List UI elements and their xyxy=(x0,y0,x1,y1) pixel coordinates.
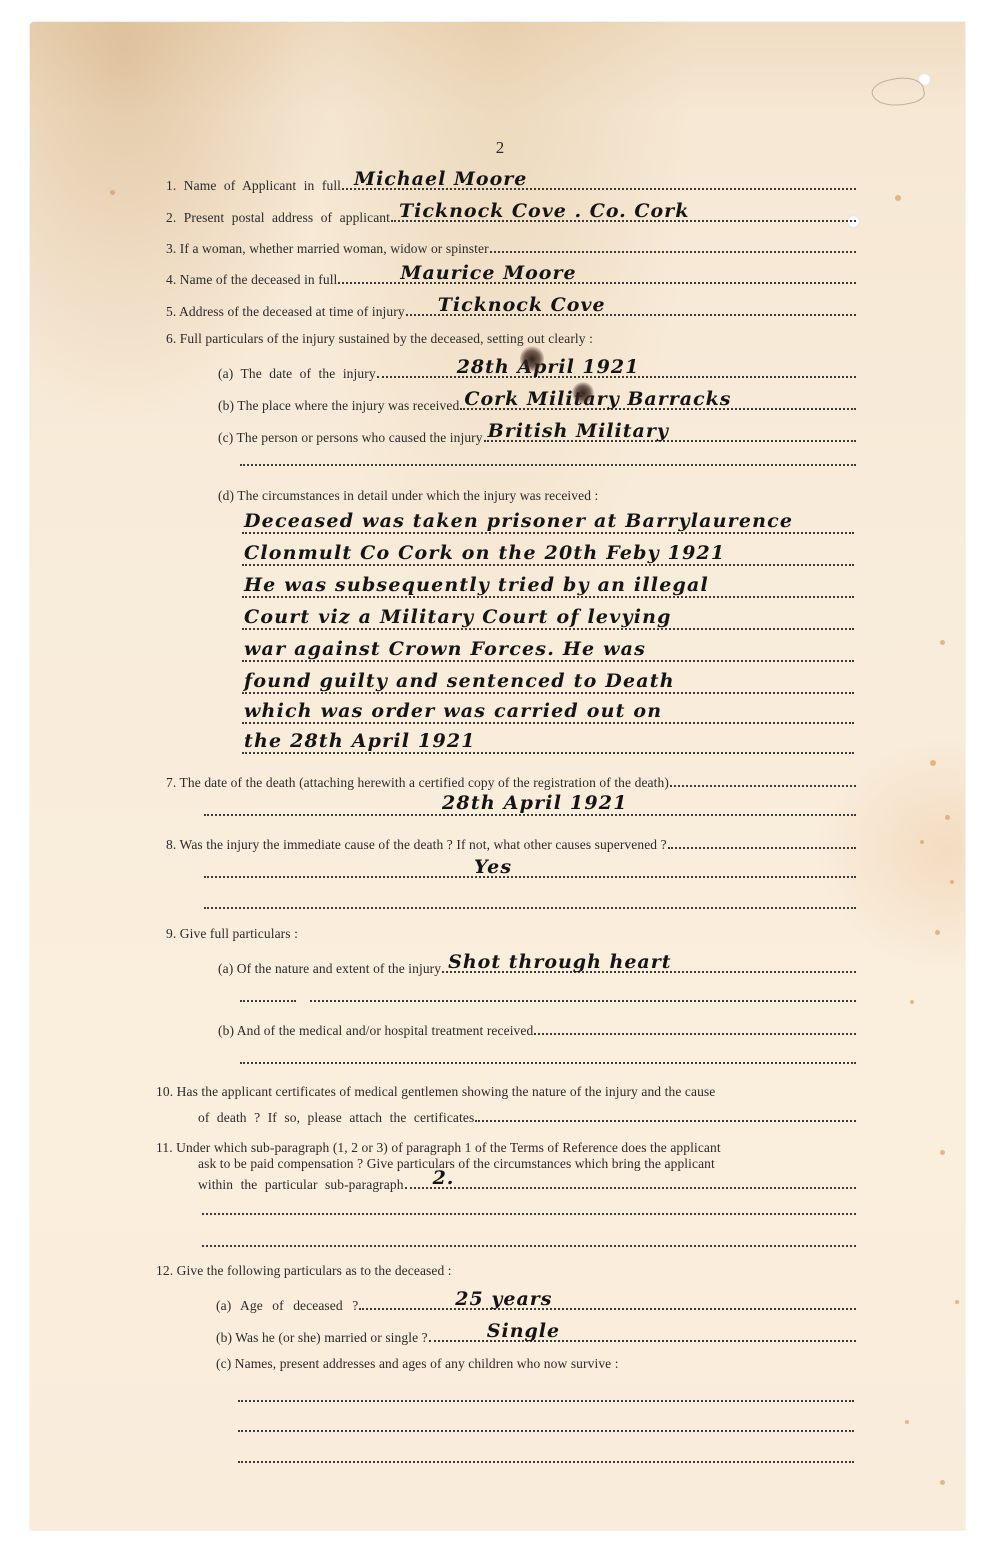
question-10-line-2: of death ? If so, please attach the cert… xyxy=(198,1106,856,1126)
deceased-marital-status-field[interactable]: Single xyxy=(429,1326,856,1342)
injury-nature-field[interactable]: Shot through heart xyxy=(442,957,856,973)
stain-spot xyxy=(905,1420,909,1424)
blank-dotted-line[interactable] xyxy=(204,905,856,909)
question-8-label: 8. Was the injury the immediate cause of… xyxy=(166,837,667,853)
blank-dotted-line xyxy=(238,1459,854,1463)
question-3: 3. If a woman, whether married woman, wi… xyxy=(166,237,856,257)
question-5-label: 5. Address of the deceased at time of in… xyxy=(166,304,405,320)
blank-dotted-line xyxy=(238,1428,854,1432)
question-9: 9. Give full particulars : xyxy=(166,926,856,942)
question-6d: (d) The circumstances in detail under wh… xyxy=(218,488,856,504)
question-4-label: 4. Name of the deceased in full xyxy=(166,272,337,288)
stain-spot xyxy=(910,1000,914,1004)
question-7: 7. The date of the death (attaching here… xyxy=(166,771,856,791)
ink-blot xyxy=(520,346,544,372)
question-7-trailing-dots xyxy=(670,771,856,787)
question-6: 6. Full particulars of the injury sustai… xyxy=(166,331,866,347)
question-9a-label: (a) Of the nature and extent of the inju… xyxy=(218,961,441,977)
blank-dotted-line[interactable] xyxy=(202,1211,856,1215)
question-3-label: 3. If a woman, whether married woman, wi… xyxy=(166,241,489,257)
question-11-line-2: ask to be paid compensation ? Give parti… xyxy=(198,1156,856,1172)
stain-spot xyxy=(945,815,950,820)
question-8-trailing-dots xyxy=(668,833,856,849)
deceased-name-field[interactable]: Maurice Moore xyxy=(338,268,856,284)
circumstances-text: the 28th April 1921 xyxy=(244,730,476,752)
question-12c-label: (c) Names, present addresses and ages of… xyxy=(216,1356,619,1372)
applicant-address-value: Ticknock Cove . Co. Cork xyxy=(399,200,689,222)
deceased-address-field[interactable]: Ticknock Cove xyxy=(406,300,856,316)
question-6c-label: (c) The person or persons who caused the… xyxy=(218,430,483,446)
death-date-value: 28th April 1921 xyxy=(442,792,628,814)
injury-nature-value: Shot through heart xyxy=(448,951,671,973)
question-6c: (c) The person or persons who caused the… xyxy=(218,426,856,446)
circumstances-text: Court viz a Military Court of levying xyxy=(244,606,672,628)
deceased-name-value: Maurice Moore xyxy=(400,262,576,284)
medical-treatment-field[interactable] xyxy=(534,1019,856,1035)
question-12b-label: (b) Was he (or she) married or single ? xyxy=(216,1330,428,1346)
stain-spot xyxy=(940,1150,945,1155)
question-12a-label: (a) Age of deceased ? xyxy=(216,1298,358,1314)
stain-spot xyxy=(955,1300,959,1304)
circumstances-text: Deceased was taken prisoner at Barrylaur… xyxy=(244,510,793,532)
page-number: 2 xyxy=(0,138,1000,158)
stain-spot xyxy=(935,930,940,935)
question-9b: (b) And of the medical and/or hospital t… xyxy=(218,1019,856,1039)
stain-spot xyxy=(110,190,115,195)
blank-dotted-line[interactable] xyxy=(240,462,856,466)
blank-dotted-line xyxy=(238,1398,854,1402)
question-11-line-3: within the particular sub-paragraph 2. xyxy=(198,1173,856,1193)
injury-cause-person-value: British Military xyxy=(488,420,669,442)
injury-place-value: Cork Military Barracks xyxy=(464,388,731,410)
injury-cause-person-field[interactable]: British Military xyxy=(484,426,856,442)
question-12b: (b) Was he (or she) married or single ? … xyxy=(216,1326,856,1346)
question-11-label-1: 11. Under which sub-paragraph (1, 2 or 3… xyxy=(156,1140,721,1156)
medical-certificates-field[interactable] xyxy=(475,1106,856,1122)
question-1: 1. Name of Applicant in full Michael Moo… xyxy=(166,174,856,194)
ink-blot xyxy=(572,382,594,404)
deceased-marital-status-value: Single xyxy=(487,1320,560,1342)
circumstances-text: war against Crown Forces. He was xyxy=(244,638,646,660)
circumstances-text: Clonmult Co Cork on the 20th Feby 1921 xyxy=(244,542,725,564)
injury-date-value: 28th April 1921 xyxy=(457,356,640,378)
injury-place-field[interactable]: Cork Military Barracks xyxy=(460,394,856,410)
question-10-line-1: 10. Has the applicant certificates of me… xyxy=(156,1084,856,1100)
question-9a: (a) Of the nature and extent of the inju… xyxy=(218,957,856,977)
question-11-label-2: ask to be paid compensation ? Give parti… xyxy=(198,1156,715,1172)
question-2: 2. Present postal address of applicant T… xyxy=(166,206,856,226)
deceased-age-value: 25 years xyxy=(455,1288,552,1310)
stain-spot xyxy=(940,640,945,645)
stain-spot xyxy=(895,195,901,201)
circumstances-text: which was order was carried out on xyxy=(244,700,662,722)
question-9-label: 9. Give full particulars : xyxy=(166,926,298,942)
sub-paragraph-value: 2. xyxy=(433,1167,455,1189)
question-2-label: 2. Present postal address of applicant xyxy=(166,210,390,226)
marital-status-woman-field[interactable] xyxy=(490,237,856,253)
question-11-line-1: 11. Under which sub-paragraph (1, 2 or 3… xyxy=(156,1140,856,1156)
question-12c: (c) Names, present addresses and ages of… xyxy=(216,1356,856,1372)
question-8: 8. Was the injury the immediate cause of… xyxy=(166,833,856,853)
circumstances-text: He was subsequently tried by an illegal xyxy=(244,574,709,596)
injury-date-field[interactable]: 28th April 1921 xyxy=(377,362,856,378)
applicant-name-field[interactable]: Michael Moore xyxy=(342,174,856,190)
immediate-cause-value: Yes xyxy=(474,856,512,878)
blank-dotted-line[interactable] xyxy=(240,1060,856,1064)
immediate-cause-field[interactable] xyxy=(204,874,856,878)
question-1-label: 1. Name of Applicant in full xyxy=(166,178,341,194)
question-12-label: 12. Give the following particulars as to… xyxy=(156,1263,452,1279)
question-6d-label: (d) The circumstances in detail under wh… xyxy=(218,488,598,504)
blank-dotted-line[interactable] xyxy=(202,1243,856,1247)
deceased-age-field[interactable]: 25 years xyxy=(359,1294,856,1310)
stain-spot xyxy=(920,840,924,844)
question-6b: (b) The place where the injury was recei… xyxy=(218,394,856,414)
question-4: 4. Name of the deceased in full Maurice … xyxy=(166,268,856,288)
applicant-address-field[interactable]: Ticknock Cove . Co. Cork xyxy=(391,206,856,222)
question-9b-label: (b) And of the medical and/or hospital t… xyxy=(218,1023,533,1039)
applicant-name-value: Michael Moore xyxy=(354,168,527,190)
blank-dotted-line[interactable] xyxy=(310,998,856,1002)
blank-dotted-line[interactable] xyxy=(240,998,296,1002)
question-6b-label: (b) The place where the injury was recei… xyxy=(218,398,459,414)
question-6a-label: (a) The date of the injury xyxy=(218,366,376,382)
stain-spot xyxy=(950,880,954,884)
question-5: 5. Address of the deceased at time of in… xyxy=(166,300,856,320)
question-7-label: 7. The date of the death (attaching here… xyxy=(166,775,669,791)
question-12: 12. Give the following particulars as to… xyxy=(156,1263,856,1279)
question-12a: (a) Age of deceased ? 25 years xyxy=(216,1294,856,1314)
question-10-label-2: of death ? If so, please attach the cert… xyxy=(198,1110,474,1126)
question-11-label-3: within the particular sub-paragraph xyxy=(198,1177,404,1193)
stain-spot xyxy=(930,760,936,766)
question-10-label-1: 10. Has the applicant certificates of me… xyxy=(156,1084,715,1100)
question-6-label: 6. Full particulars of the injury sustai… xyxy=(166,331,593,347)
stain-spot xyxy=(940,1480,945,1485)
deceased-address-value: Ticknock Cove xyxy=(438,294,606,316)
circumstances-text: found guilty and sentenced to Death xyxy=(244,670,675,692)
sub-paragraph-field[interactable]: 2. xyxy=(405,1173,856,1189)
